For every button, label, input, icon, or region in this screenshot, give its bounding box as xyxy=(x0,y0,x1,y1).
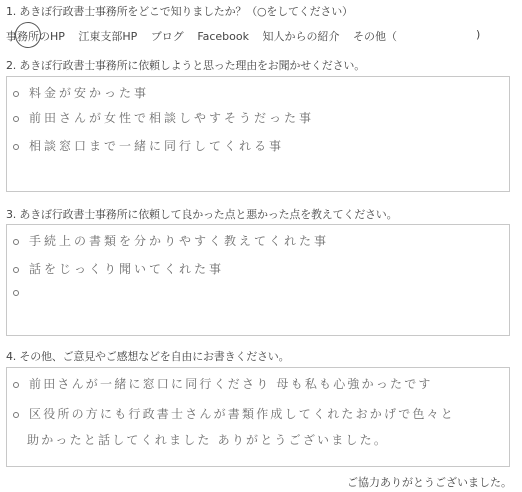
answer-line: 相談窓口まで一緒に同行してくれる事 xyxy=(13,137,284,154)
answer-text: 話をじっくり聞いてくれた事 xyxy=(29,262,224,276)
bullet-icon xyxy=(13,382,19,388)
answer-text: 前田さんが一緒に窓口に同行くださり 母も私も心強かったです xyxy=(29,377,433,391)
answer-line: 助かったと話してくれました ありがとうございました。 xyxy=(27,431,388,448)
answer-text: 前田さんが女性で相談しやすそうだった事 xyxy=(29,111,314,125)
bullet-icon xyxy=(13,144,19,150)
answer-text: 助かったと話してくれました ありがとうございました。 xyxy=(27,433,388,447)
answer-text: 手続上の書類を分かりやすく教えてくれた事 xyxy=(29,234,329,248)
question-1-options: 事務所のHP 江東支部HP ブログ Facebook 知人からの紹介 その他（ xyxy=(6,28,407,44)
answer-line xyxy=(13,285,29,299)
bullet-icon xyxy=(13,116,19,122)
answer-line: 話をじっくり聞いてくれた事 xyxy=(13,260,224,277)
selection-circle-mark xyxy=(13,20,43,50)
answer-line: 区役所の方にも行政書士さんが書類作成してくれたおかげで色々と xyxy=(13,405,455,422)
answer-line: 手続上の書類を分かりやすく教えてくれた事 xyxy=(13,232,329,249)
answer-line: 料金が安かった事 xyxy=(13,84,149,101)
question-2-answer-box[interactable]: 料金が安かった事 前田さんが女性で相談しやすそうだった事 相談窓口まで一緒に同行… xyxy=(6,76,510,192)
bullet-icon xyxy=(13,91,19,97)
option-blog[interactable]: ブログ xyxy=(151,30,184,43)
answer-line: 前田さんが女性で相談しやすそうだった事 xyxy=(13,109,314,126)
option-other-close-paren: ) xyxy=(476,28,480,41)
thank-you-footer: ご協力ありがとうございました。 xyxy=(347,474,512,490)
answer-line: 前田さんが一緒に窓口に同行くださり 母も私も心強かったです xyxy=(13,375,433,392)
option-acquaintance[interactable]: 知人からの紹介 xyxy=(263,30,340,43)
answer-text: 料金が安かった事 xyxy=(29,86,149,100)
option-koto-branch-hp[interactable]: 江東支部HP xyxy=(78,30,137,43)
question-1-heading: 1. あきぼ行政書士事務所をどこで知りましたか？（○をしてください） xyxy=(6,3,353,19)
bullet-icon xyxy=(13,290,19,296)
question-4-answer-box[interactable]: 前田さんが一緒に窓口に同行くださり 母も私も心強かったです 区役所の方にも行政書… xyxy=(6,367,510,467)
question-3-answer-box[interactable]: 手続上の書類を分かりやすく教えてくれた事 話をじっくり聞いてくれた事 xyxy=(6,224,510,336)
answer-text: 相談窓口まで一緒に同行してくれる事 xyxy=(29,139,284,153)
option-facebook[interactable]: Facebook xyxy=(197,30,249,43)
bullet-icon xyxy=(13,412,19,418)
bullet-icon xyxy=(13,267,19,273)
answer-text: 区役所の方にも行政書士さんが書類作成してくれたおかげで色々と xyxy=(29,407,455,421)
question-3-heading: 3. あきぼ行政書士事務所に依頼して良かった点と悪かった点を教えてください。 xyxy=(6,206,397,222)
bullet-icon xyxy=(13,239,19,245)
question-2-heading: 2. あきぼ行政書士事務所に依頼しようと思った理由をお聞かせください。 xyxy=(6,57,365,73)
option-other[interactable]: その他（ xyxy=(353,30,397,43)
question-4-heading: 4. その他、ご意見やご感想などを自由にお書きください。 xyxy=(6,348,289,364)
